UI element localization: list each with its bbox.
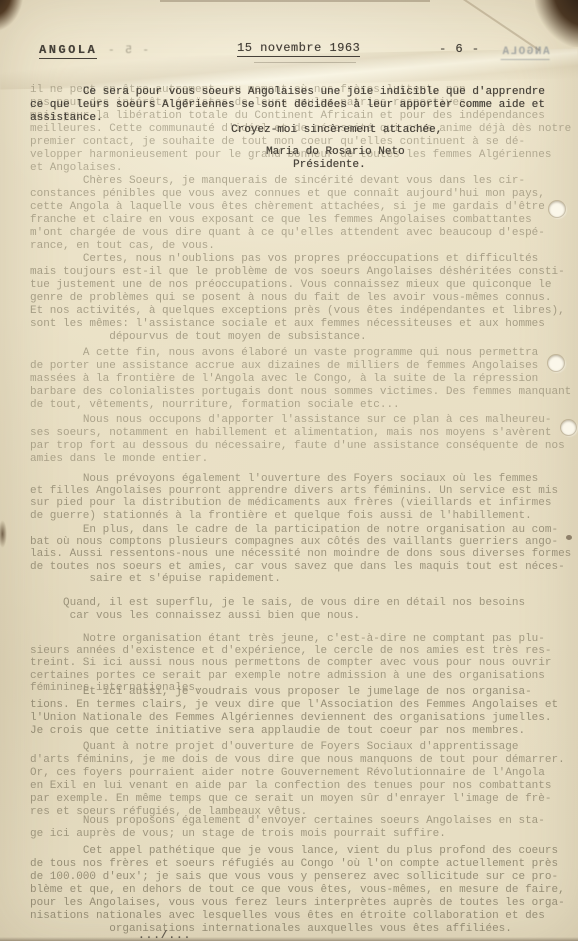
bleedthrough-header-title: ANGOLA [501, 46, 550, 60]
bleedthrough-paragraph: Notre organisation étant très jeune, c'e… [30, 633, 575, 694]
bleedthrough-page-number: - 5 - [106, 45, 149, 57]
letter-paragraph: Ce sera pour vous soeurs Angolaises une … [30, 86, 570, 125]
bleedthrough-paragraph: Certes, nous n'oublions pas vos propres … [30, 253, 575, 344]
bleedthrough-paragraph: Et ici aussi, je voudrais vous proposer … [30, 686, 575, 738]
bleedthrough-layer: il ne peut en être autrement, au moment … [0, 0, 578, 941]
bleedthrough-paragraph: Cet appel pathétique que je vous lance, … [30, 845, 575, 936]
bleedthrough-paragraph: En plus, dans le cadre de la participati… [30, 524, 575, 585]
page-number: - 6 - [439, 42, 480, 56]
punch-hole [549, 201, 565, 217]
bleedthrough-paragraph: Chères Soeurs, je manquerais de sincérit… [30, 175, 575, 253]
bleedthrough-paragraph: A cette fin, nous avons élaboré un vaste… [30, 347, 575, 412]
scanned-letter-page: il ne peut en être autrement, au moment … [0, 0, 578, 941]
page-title: ANGOLA [39, 43, 97, 59]
punch-hole [548, 355, 564, 371]
signature-title: Présidente. [293, 159, 366, 171]
continuation-mark: .../... [138, 930, 191, 941]
valediction: Croyez-moi sincèrement attachée, [231, 124, 442, 136]
signature-name: Maria do Rosario Neto [266, 146, 405, 158]
bleedthrough-paragraph: Nous proposons également d'envoyer certa… [30, 815, 575, 841]
date-heading: 15 novembre 1963 [237, 41, 360, 57]
bleedthrough-paragraph: Quand, il est superflu, je le sais, de v… [30, 597, 575, 623]
bleedthrough-paragraph: Nous prévoyons également l'ouverture des… [30, 473, 575, 522]
punch-hole [561, 420, 576, 435]
bleedthrough-paragraph: Quant à notre projet d'ouverture de Foye… [30, 741, 575, 818]
bleedthrough-paragraph: Nous nous occupons d'apporter l'assistan… [30, 414, 575, 466]
